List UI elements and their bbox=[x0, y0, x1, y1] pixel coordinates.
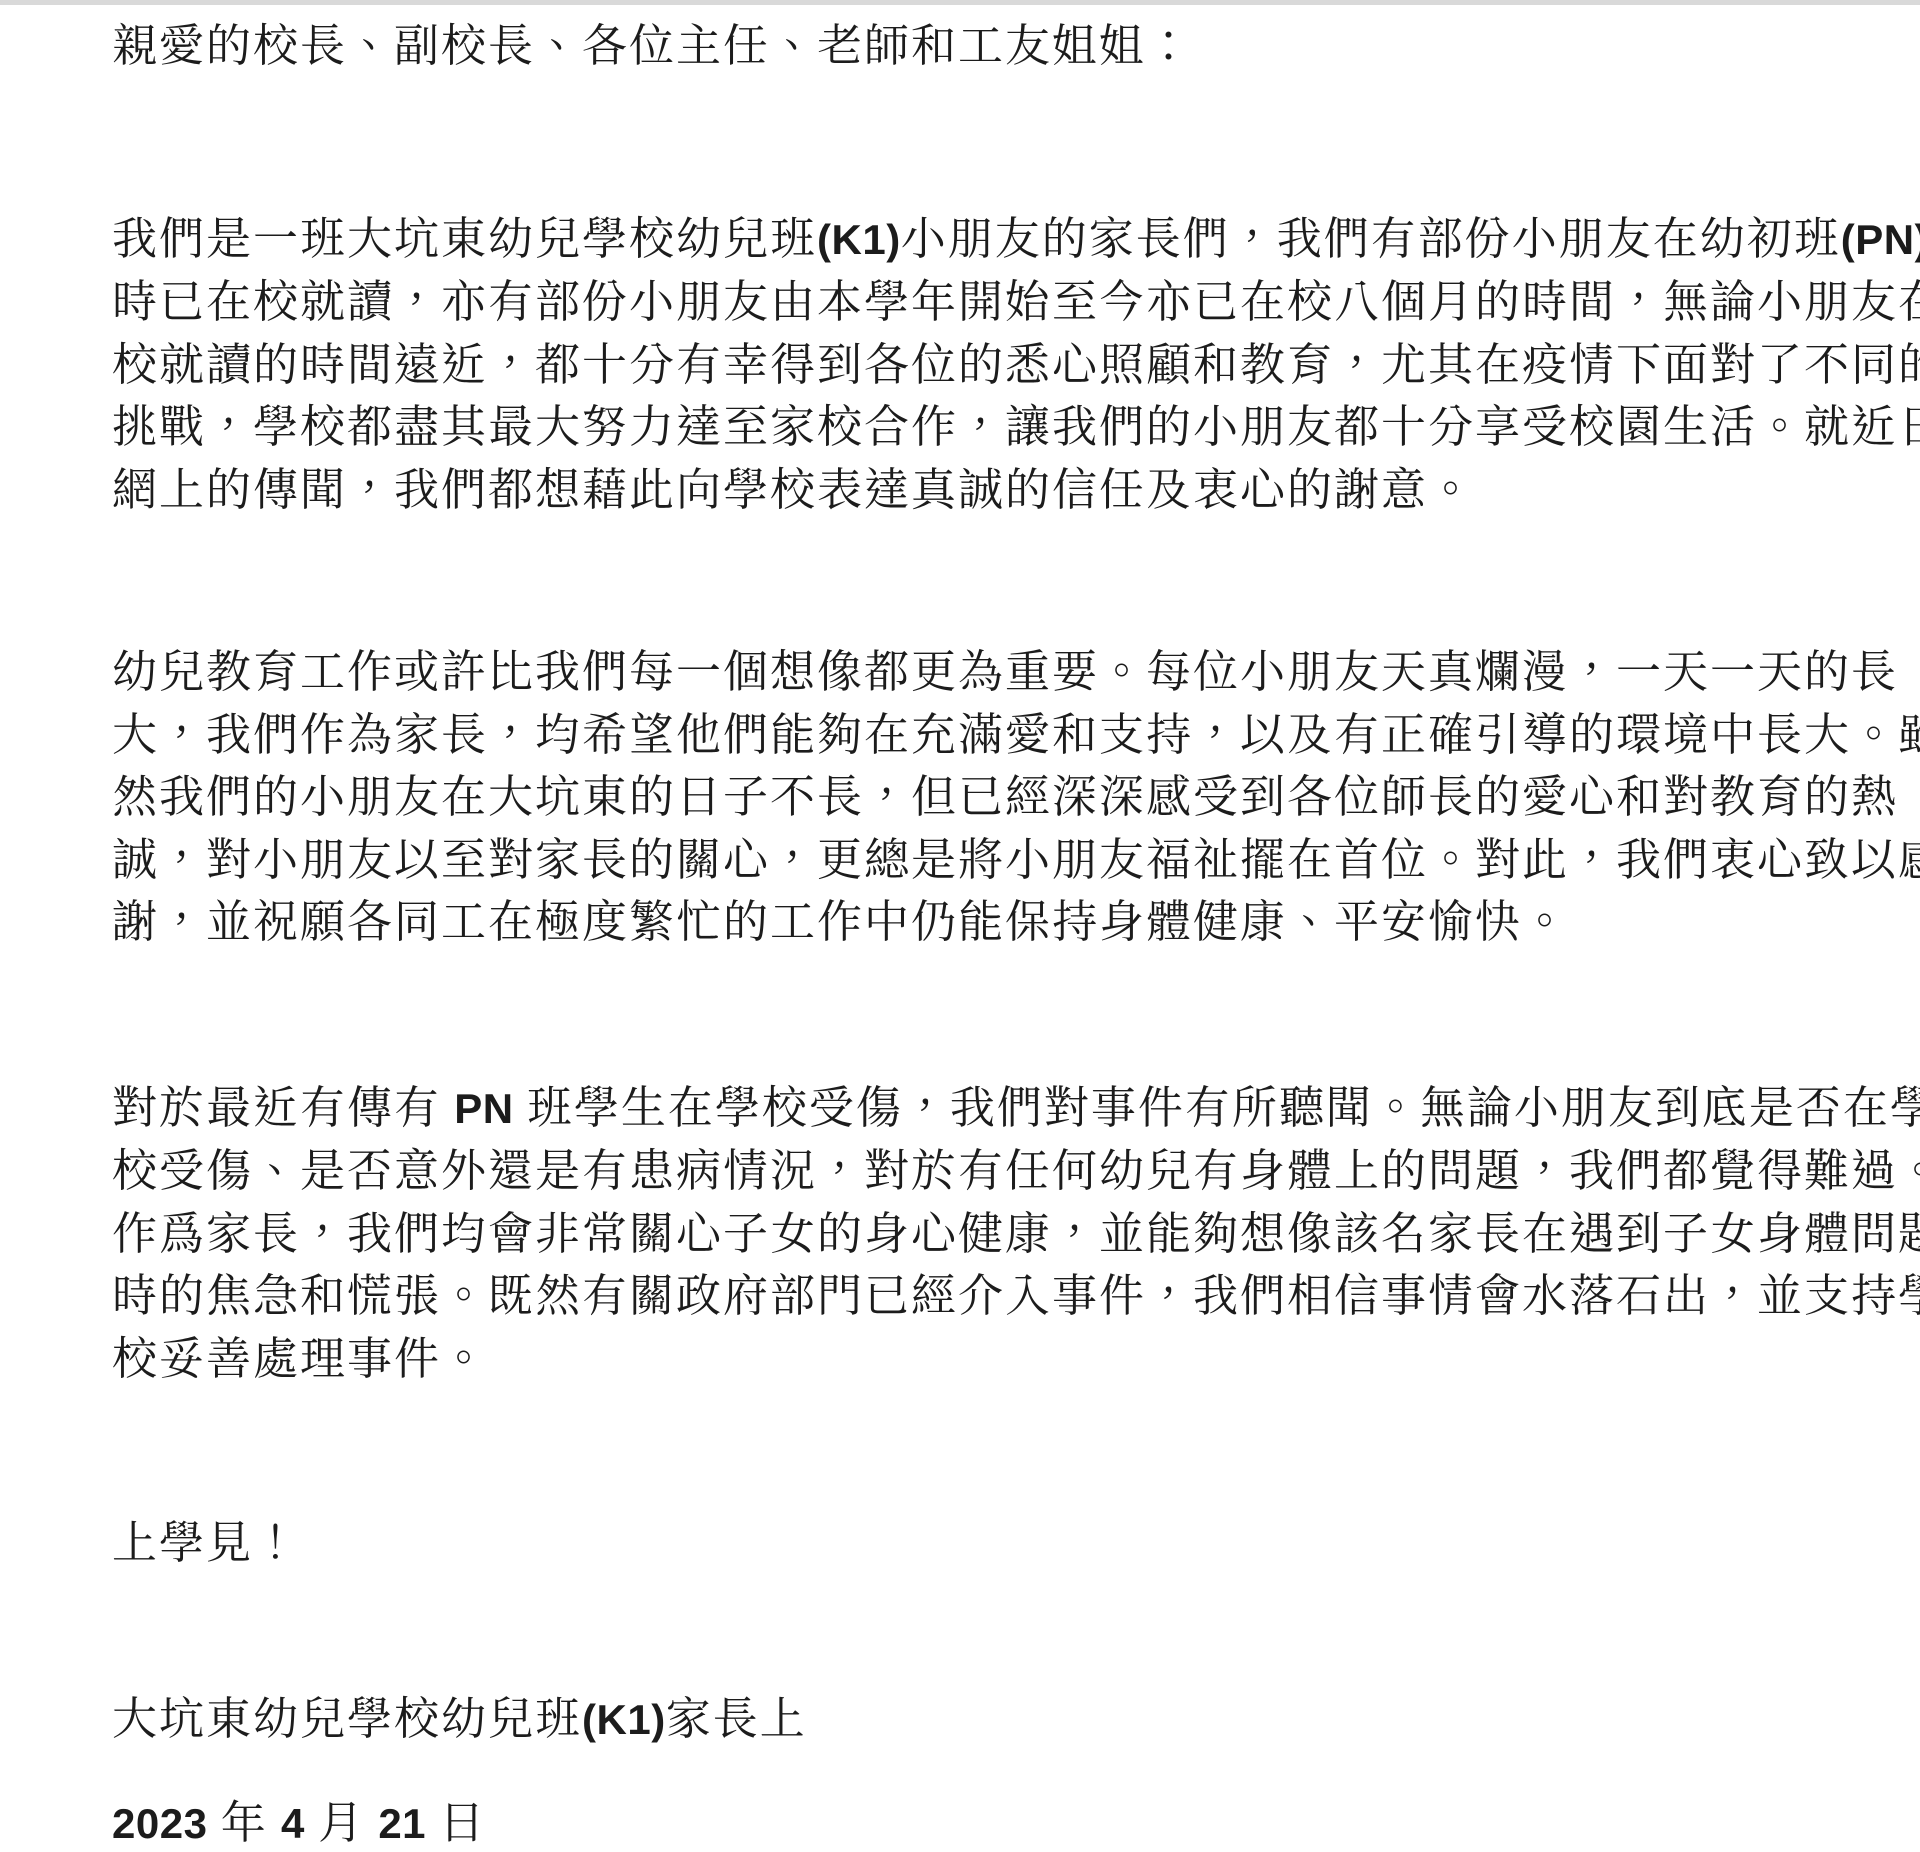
text-line: 網上的傳聞，我們都想藉此向學校表達真誠的信任及衷心的謝意。 bbox=[112, 459, 1890, 522]
paragraph-2: 幼兒教育工作或許比我們每一個想像都更為重要。每位小朋友天真爛漫，一天一天的長大，… bbox=[112, 641, 1890, 954]
text-line: 對於最近有傳有 PN 班學生在學校受傷，我們對事件有所聽聞。無論小朋友到底是否在… bbox=[112, 1077, 1890, 1141]
text-line: 大，我們作為家長，均希望他們能夠在充滿愛和支持，以及有正確引導的環境中長大。雖 bbox=[112, 704, 1890, 767]
paragraph-1: 我們是一班大坑東幼兒學校幼兒班(K1)小朋友的家長們，我們有部份小朋友在幼初班(… bbox=[112, 208, 1890, 522]
signature-line: 大坑東幼兒學校幼兒班(K1)家長上 bbox=[112, 1688, 1890, 1752]
paragraph-3: 對於最近有傳有 PN 班學生在學校受傷，我們對事件有所聽聞。無論小朋友到底是否在… bbox=[112, 1077, 1890, 1391]
text-line: 誠，對小朋友以至對家長的關心，更總是將小朋友福祉擺在首位。對此，我們衷心致以感 bbox=[112, 829, 1890, 892]
text-line: 然我們的小朋友在大坑東的日子不長，但已經深深感受到各位師長的愛心和對教育的熱 bbox=[112, 766, 1890, 829]
text-line: 我們是一班大坑東幼兒學校幼兒班(K1)小朋友的家長們，我們有部份小朋友在幼初班(… bbox=[112, 208, 1890, 272]
text-line: 校就讀的時間遠近，都十分有幸得到各位的悉心照顧和教育，尤其在疫情下面對了不同的 bbox=[112, 334, 1890, 397]
salutation-line: 親愛的校長、副校長、各位主任、老師和工友姐姐： bbox=[112, 15, 1890, 78]
closing-line: 上學見！ bbox=[112, 1512, 1890, 1575]
text-line: 校受傷、是否意外還是有患病情況，對於有任何幼兒有身體上的問題，我們都覺得難過。 bbox=[112, 1140, 1890, 1203]
date-line: 2023 年 4 月 21 日 bbox=[112, 1792, 1890, 1852]
letter-document: 親愛的校長、副校長、各位主任、老師和工友姐姐： 我們是一班大坑東幼兒學校幼兒班(… bbox=[0, 5, 1920, 1852]
text-line: 時的焦急和慌張。既然有關政府部門已經介入事件，我們相信事情會水落石出，並支持學 bbox=[112, 1265, 1890, 1328]
text-line: 幼兒教育工作或許比我們每一個想像都更為重要。每位小朋友天真爛漫，一天一天的長 bbox=[112, 641, 1890, 704]
text-line: 校妥善處理事件。 bbox=[112, 1328, 1890, 1391]
text-line: 謝，並祝願各同工在極度繁忙的工作中仍能保持身體健康、平安愉快。 bbox=[112, 891, 1890, 954]
text-line: 作爲家長，我們均會非常關心子女的身心健康，並能夠想像該名家長在遇到子女身體問題 bbox=[112, 1203, 1890, 1266]
text-line: 時已在校就讀，亦有部份小朋友由本學年開始至今亦已在校八個月的時間，無論小朋友在 bbox=[112, 271, 1890, 334]
text-line: 挑戰，學校都盡其最大努力達至家校合作，讓我們的小朋友都十分享受校園生活。就近日 bbox=[112, 396, 1890, 459]
